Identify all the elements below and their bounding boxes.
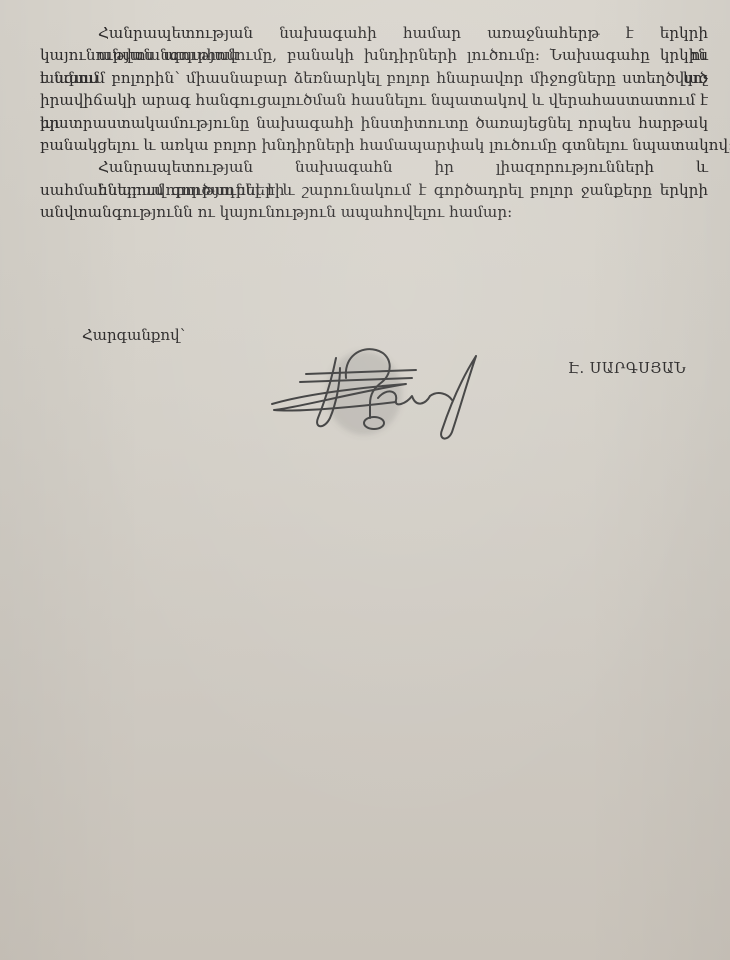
paragraph-1-line-6: բանակցելու և առկա բոլոր խնդիրների համապա… [40, 134, 708, 156]
document-page: Հանրապետության նախագահի համար առաջնահերթ… [0, 0, 730, 960]
paragraph-1-line-5: պատրաստակամությունը նախագահի ինստիտուտը … [40, 112, 708, 134]
paragraph-1-line-1: Հանրապետության նախագահի համար առաջնահերթ… [40, 22, 708, 44]
paragraph-2-line-1: Հանրապետության նախագահն իր լիազորություն… [40, 156, 708, 178]
signature-icon [266, 338, 486, 443]
paragraph-1-line-4: իրավիճակի արագ հանգուցալուծման հասնելու … [40, 89, 708, 111]
signer-name: Է. ՍԱՐԳՍՅԱՆ [568, 361, 686, 377]
closing-salutation: Հարգանքով՝ [82, 326, 185, 344]
letter-body: Հանրապետության նախագահի համար առաջնահերթ… [40, 22, 708, 224]
paragraph-2-line-2: սահմաններում գործադրել է և շարունակում է… [40, 179, 708, 201]
paragraph-1-line-2: կայունության ապահովումը, բանակի խնդիրներ… [40, 44, 708, 66]
paragraph-2-line-3: անվտանգությունն ու կայունություն ապահովե… [40, 201, 708, 223]
paragraph-1-line-3: է անում բոլորին՝ միասնաբար ձեռնարկել բոլ… [40, 67, 708, 89]
